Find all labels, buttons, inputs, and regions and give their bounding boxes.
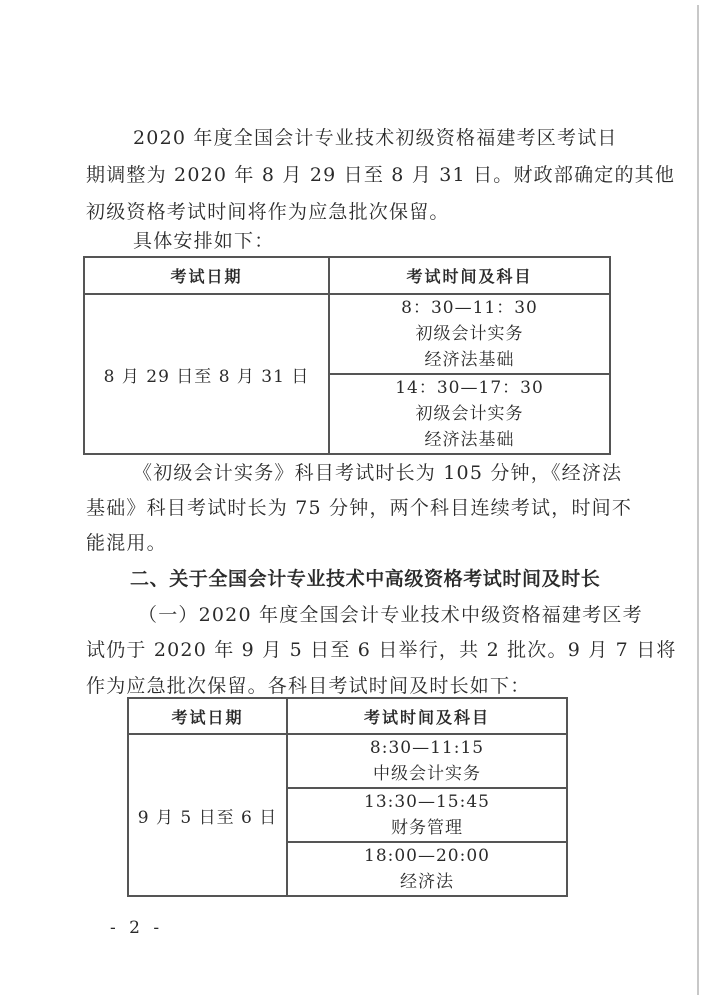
session-subject: 经济法 (288, 869, 566, 895)
session-subject: 初级会计实务 (330, 321, 609, 347)
table2-session-2: 13:30—15:45 财务管理 (287, 788, 567, 842)
table2-header-time-subject: 考试时间及科目 (287, 698, 567, 734)
paragraph3-line1: （一）2020 年度全国会计专业技术中级资格福建考区考 (138, 603, 643, 627)
session-time: 13:30—15:45 (288, 789, 566, 815)
table1-header-date: 考试日期 (84, 257, 329, 294)
paragraph2-line1: 《初级会计实务》科目考试时长为 105 分钟，《经济法 (133, 461, 622, 485)
paragraph3-line3: 作为应急批次保留。各科目考试时间及时长如下： (86, 674, 530, 698)
session-subject: 初级会计实务 (330, 401, 609, 427)
session-time: 18:00—20:00 (288, 843, 566, 869)
paragraph3-line2: 试仍于 2020 年 9 月 5 日至 6 日举行，共 2 批次。9 月 7 日… (86, 638, 677, 662)
exam-schedule-table-junior: 考试日期 考试时间及科目 8 月 29 日至 8 月 31 日 8：30—11：… (83, 256, 611, 455)
table2-session-3: 18:00—20:00 经济法 (287, 842, 567, 896)
table1-session-1: 8：30—11：30 初级会计实务 经济法基础 (329, 294, 610, 374)
paragraph2-line3: 能混用。 (86, 531, 167, 555)
scan-edge-line (697, 5, 699, 995)
session-subject: 经济法基础 (330, 427, 609, 453)
table2-header-date: 考试日期 (128, 698, 287, 734)
table2-date-cell: 9 月 5 日至 6 日 (128, 734, 287, 896)
arrangement-intro: 具体安排如下： (133, 229, 274, 253)
section2-heading: 二、关于全国会计专业技术中高级资格考试时间及时长 (130, 567, 600, 591)
table1-session-2: 14：30—17：30 初级会计实务 经济法基础 (329, 374, 610, 454)
paragraph1-line3: 初级资格考试时间将作为应急批次保留。 (86, 200, 450, 224)
table1-header-time-subject: 考试时间及科目 (329, 257, 610, 294)
table1-date-cell: 8 月 29 日至 8 月 31 日 (84, 294, 329, 454)
paragraph2-line2: 基础》科目考试时长为 75 分钟，两个科目连续考试，时间不 (86, 496, 632, 520)
paragraph1-line2: 期调整为 2020 年 8 月 29 日至 8 月 31 日。财政部确定的其他 (86, 163, 675, 187)
session-time: 8:30—11:15 (288, 735, 566, 761)
exam-schedule-table-intermediate: 考试日期 考试时间及科目 9 月 5 日至 6 日 8:30—11:15 中级会… (127, 697, 568, 897)
paragraph1-line1: 2020 年度全国会计专业技术初级资格福建考区考试日 (133, 126, 618, 150)
session-subject: 财务管理 (288, 815, 566, 841)
session-subject: 经济法基础 (330, 347, 609, 373)
session-time: 8：30—11：30 (330, 295, 609, 321)
page-number: - 2 - (110, 918, 163, 938)
session-time: 14：30—17：30 (330, 375, 609, 401)
session-subject: 中级会计实务 (288, 761, 566, 787)
table2-session-1: 8:30—11:15 中级会计实务 (287, 734, 567, 788)
